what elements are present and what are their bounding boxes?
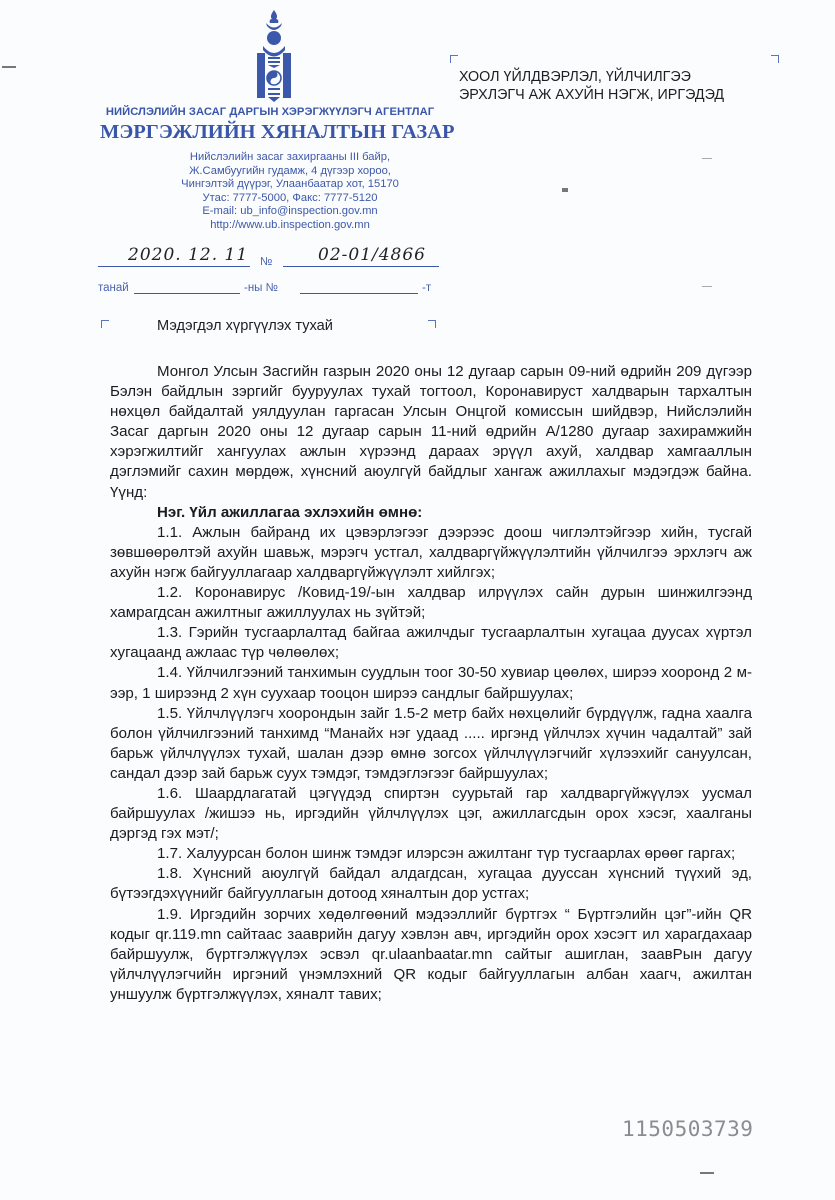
address-line: Ж.Самбуугийн гудамж, 4 дүгээр хороо,: [140, 165, 440, 179]
agency-line: НИЙСЛЭЛИЙН ЗАСАГ ДАРГЫН ХЭРЭГЖҮҮЛЭГЧ АГЕ…: [100, 106, 440, 118]
recipient-line: ЭРХЛЭГЧ АЖ АХУЙН НЭГЖ, ИРГЭДЭД: [459, 86, 759, 104]
recipient-block: ХООЛ ҮЙЛДВЭРЛЭЛ, ҮЙЛЧИЛГЭЭ ЭРХЛЭГЧ АЖ АХ…: [459, 68, 759, 104]
handwritten-date: 2020. 12. 11: [128, 245, 248, 265]
list-item: 1.1. Ажлын байранд их цэвэрлэгээг дээрээ…: [110, 523, 752, 583]
scanned-letter-page: НИЙСЛЭЛИЙН ЗАСАГ ДАРГЫН ХЭРЭГЖҮҮЛЭГЧ АГЕ…: [0, 0, 835, 1200]
scan-speck: [702, 286, 712, 287]
email-line: E-mail: ub_info@inspection.gov.mn: [140, 205, 440, 219]
address-line: Чингэлтэй дүүрэг, Улаанбаатар хот, 15170: [140, 178, 440, 192]
recipient-bracket-right: [771, 55, 779, 63]
list-item: 1.7. Халуурсан болон шинж тэмдэг илэрсэн…: [110, 844, 752, 864]
list-item: 1.3. Гэрийн тусгаарлалтад байгаа ажилчды…: [110, 623, 752, 663]
list-item: 1.6. Шаардлагатай цэгүүдэд спиртэн суурь…: [110, 784, 752, 844]
list-item: 1.8. Хүнсний аюулгүй байдал алдагдсан, х…: [110, 864, 752, 904]
ref-middle: -ны №: [244, 282, 278, 294]
recipient-bracket-left: [450, 55, 458, 63]
organization-name: МЭРГЭЖЛИЙН ХЯНАЛТЫН ГАЗАР: [100, 121, 440, 144]
subject-bracket-right: [428, 320, 436, 328]
section-heading: Нэг. Үйл ажиллагаа эхлэхийн өмнө:: [110, 503, 752, 523]
list-item: 1.4. Үйлчилгээний танхимын суудлын тоог …: [110, 663, 752, 703]
intro-paragraph: Монгол Улсын Засгийн газрын 2020 оны 12 …: [110, 362, 752, 503]
address-line: Нийслэлийн засаг захиргааны III байр,: [140, 151, 440, 165]
date-underline: [98, 266, 250, 267]
subject-line: Мэдэгдэл хүргүүлэх тухай: [157, 318, 333, 334]
number-label: №: [260, 256, 272, 268]
scan-speck: [562, 188, 568, 192]
ref-suffix: -т: [422, 282, 431, 294]
letterhead-address: Нийслэлийн засаг захиргааны III байр, Ж.…: [140, 151, 440, 233]
ref-number-underline: [300, 293, 418, 294]
letter-body: Монгол Улсын Засгийн газрын 2020 оны 12 …: [110, 362, 752, 1005]
scan-speck: [700, 1172, 714, 1174]
ref-prefix: танай: [98, 282, 129, 294]
phone-fax-line: Утас: 7777-5000, Факс: 7777-5120: [140, 192, 440, 206]
subject-bracket-left: [101, 320, 109, 328]
list-item: 1.2. Коронавирус /Ковид-19/-ын халдвар и…: [110, 583, 752, 623]
website-line: http://www.ub.inspection.gov.mn: [140, 219, 440, 233]
list-item: 1.5. Үйлчлүүлэгч хоорондын зайг 1.5-2 ме…: [110, 704, 752, 784]
ref-date-underline: [134, 293, 240, 294]
list-item: 1.9. Иргэдийн зорчих хөдөлгөөний мэдээлл…: [110, 905, 752, 1005]
scan-speck: [702, 158, 712, 159]
scan-speck: [2, 66, 16, 68]
handwritten-number: 02-01/4866: [318, 245, 426, 265]
recipient-line: ХООЛ ҮЙЛДВЭРЛЭЛ, ҮЙЛЧИЛГЭЭ: [459, 68, 759, 86]
soyombo-emblem-icon: [244, 8, 304, 108]
document-serial-stamp: 1150503739: [622, 1117, 753, 1141]
number-underline: [283, 266, 439, 267]
